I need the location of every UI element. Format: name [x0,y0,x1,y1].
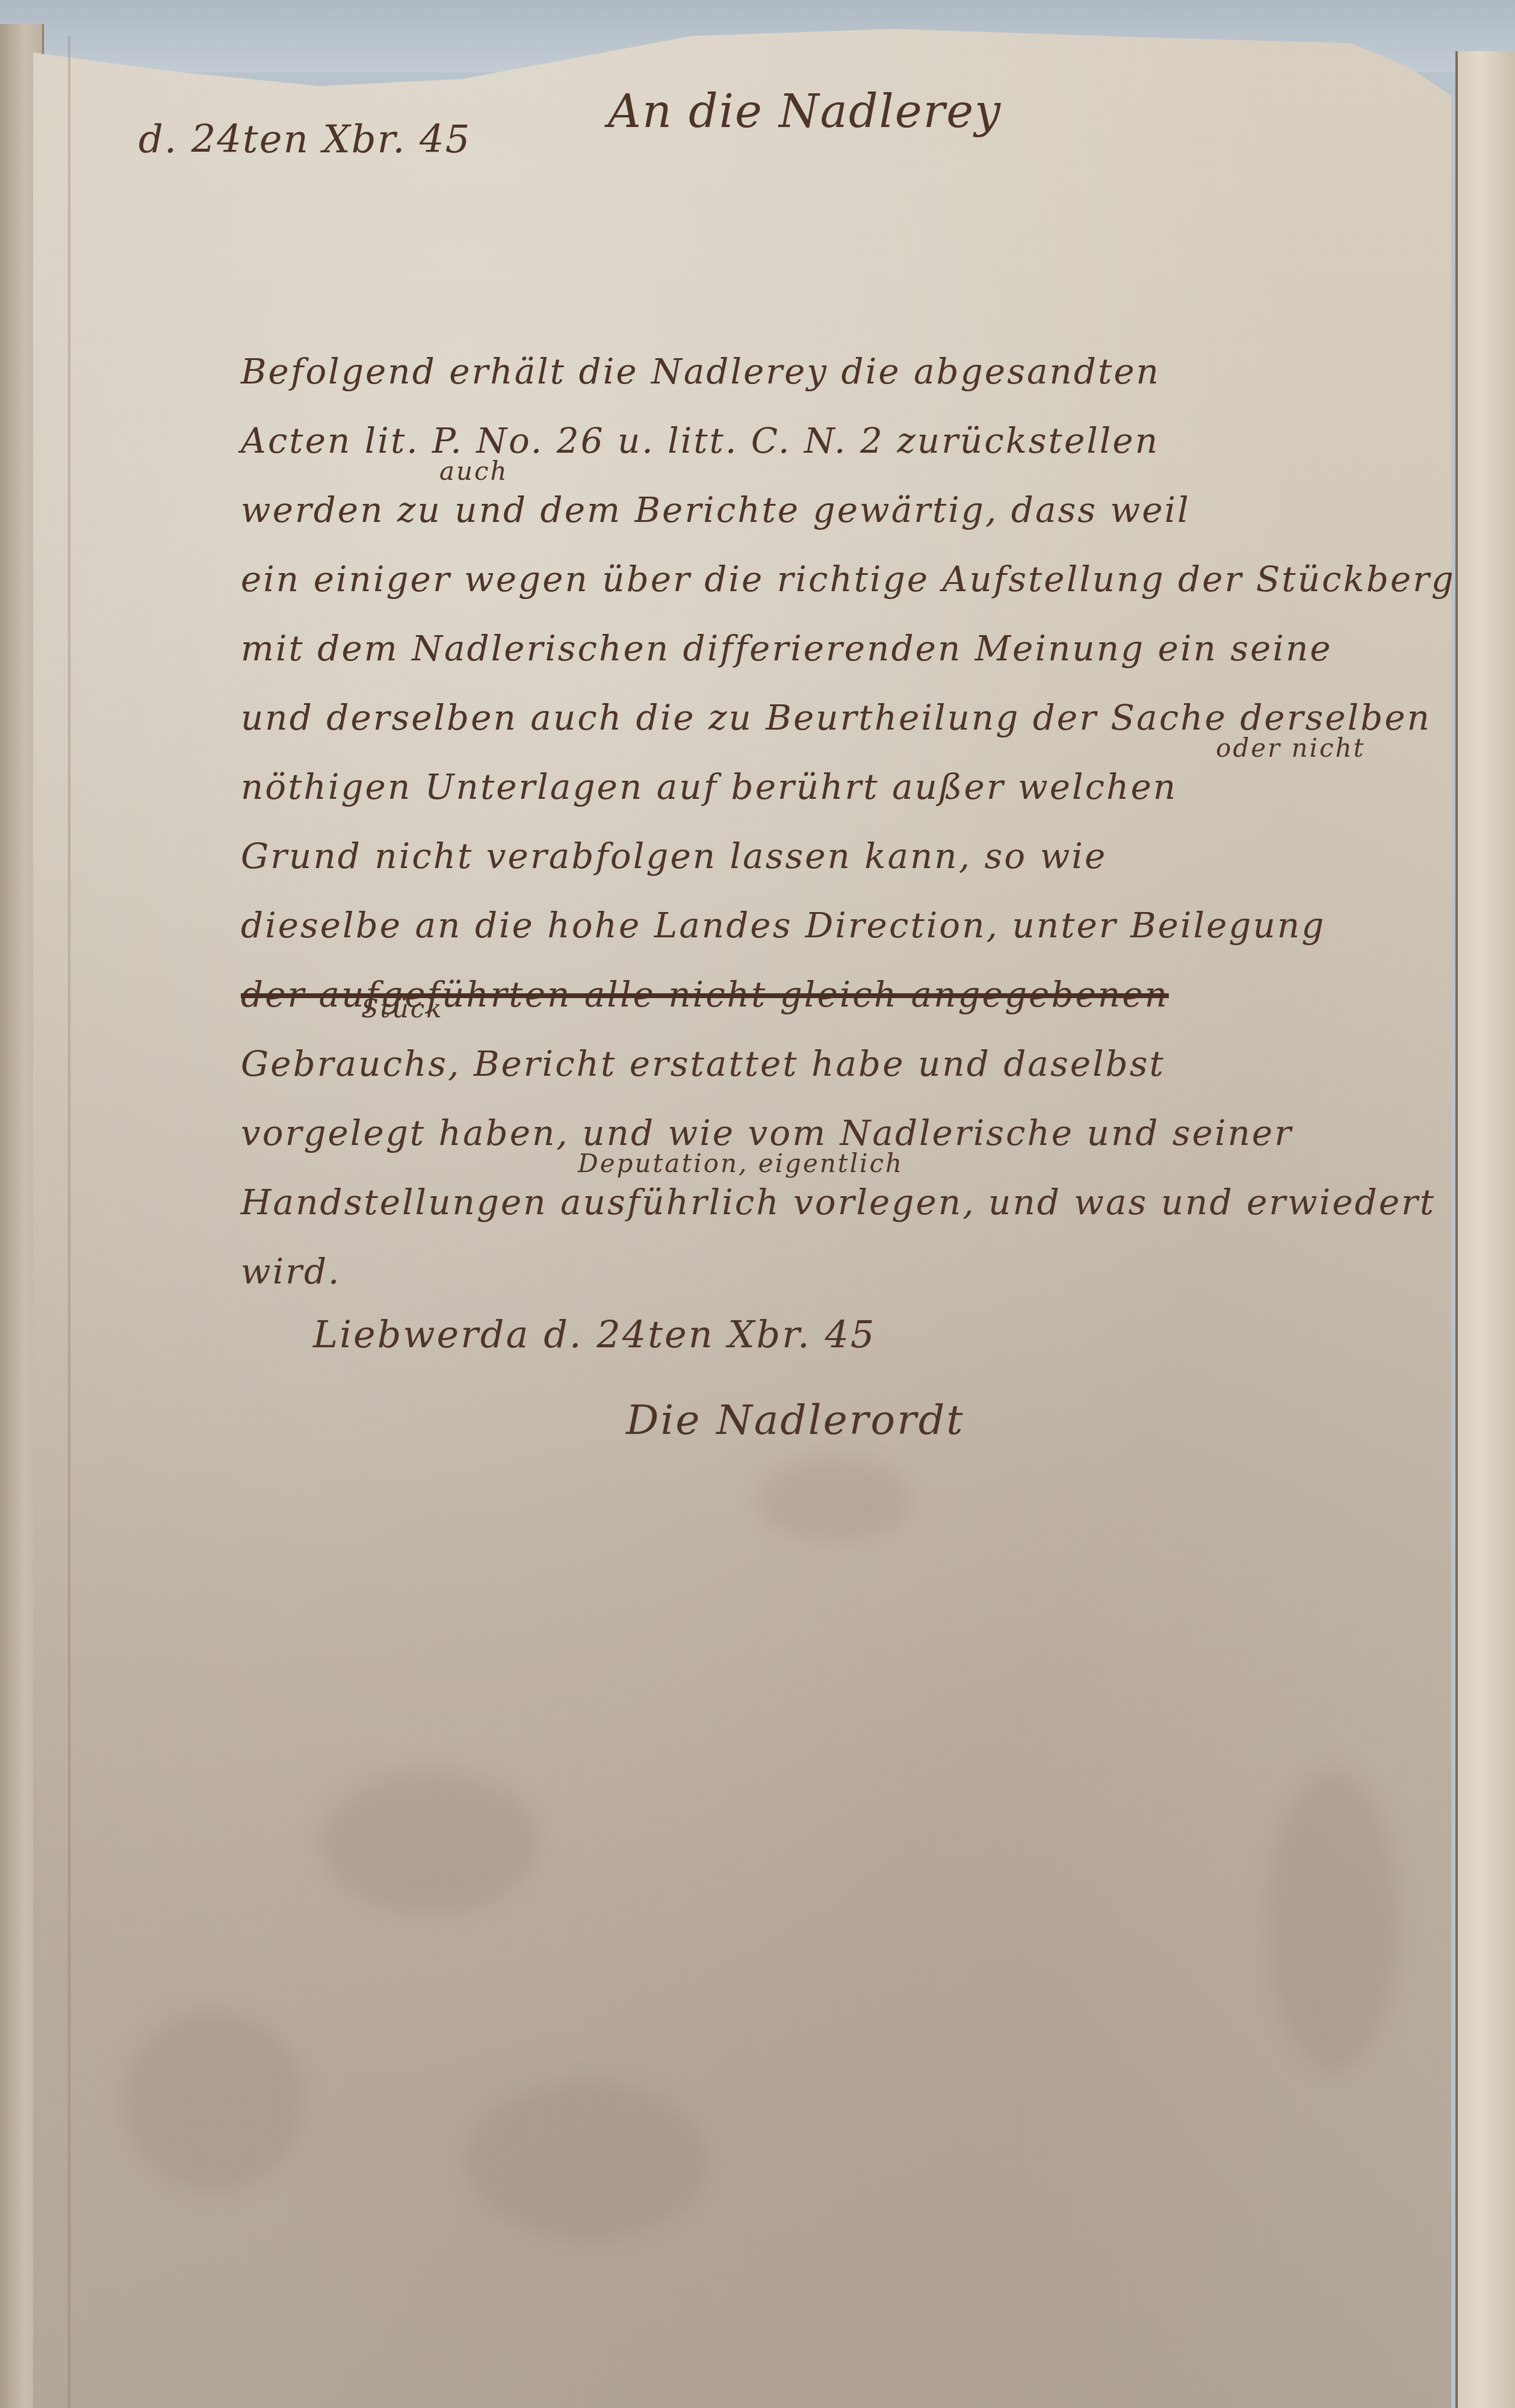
body-line-text: Gebrauchs, Bericht erstattet habe und da… [241,1043,1165,1084]
signature: Die Nadlerordt [626,1397,965,1444]
body-line-text: dieselbe an die hohe Landes Direction, u… [241,905,1325,946]
letter-body: Befolgend erhält die Nadlerey die abgesa… [241,337,1469,1306]
interlinear-insertion: oder nicht [1216,736,1365,761]
interlinear-insertion: Stück [361,996,444,1022]
body-line-text: mit dem Nadlerischen differierenden Mein… [241,628,1333,669]
body-line-text: werden zu und dem Berichte gewärtig, das… [241,489,1191,530]
body-line-text: Grund nicht verabfolgen lassen kann, so … [241,836,1107,877]
body-line: auch werden zu und dem Berichte gewärtig… [241,476,1469,545]
page-fold-line [67,36,71,2408]
body-line: Acten lit. P. No. 26 u. litt. C. N. 2 zu… [241,406,1469,476]
body-line: oder nicht nöthigen Unterlagen auf berüh… [241,752,1469,822]
paper-stain [466,2083,707,2239]
body-line-text: Acten lit. P. No. 26 u. litt. C. N. 2 zu… [241,420,1159,461]
paper-stain [755,1457,912,1541]
body-line-text: nöthigen Unterlagen auf berührt außer we… [241,766,1177,807]
body-line: Deputation, eigentlich Handstellungen au… [241,1168,1469,1237]
header-title: An die Nadlerey [608,84,1002,138]
body-line: Grund nicht verabfolgen lassen kann, so … [241,822,1469,891]
body-line-text: vorgelegt haben, und wie vom Nadlerische… [241,1112,1293,1153]
paper-stain [123,2011,304,2191]
body-line-text: ein einiger wegen über die richtige Aufs… [241,559,1455,600]
closing-place-date: Liebwerda d. 24ten Xbr. 45 [313,1312,876,1356]
header-date: d. 24ten Xbr. 45 [138,117,471,162]
body-line: ein einiger wegen über die richtige Aufs… [241,545,1469,614]
body-line: Befolgend erhält die Nadlerey die abgesa… [241,337,1469,406]
body-line-text: und derselben auch die zu Beurtheilung d… [241,697,1431,738]
body-line: Stück der aufgeführten alle nicht gleich… [241,960,1469,1029]
body-line-text: wird. [241,1251,341,1292]
paper-stain [1267,1770,1399,2071]
body-line: wird. [241,1237,1469,1306]
interlinear-insertion: Deputation, eigentlich [578,1151,903,1176]
body-line: Gebrauchs, Bericht erstattet habe und da… [241,1029,1469,1099]
paper-stain [322,1770,539,1914]
body-line: mit dem Nadlerischen differierenden Mein… [241,614,1469,683]
body-line-text: Handstellungen ausführlich vorlegen, und… [241,1182,1436,1223]
body-line-text: Befolgend erhält die Nadlerey die abgesa… [241,351,1160,392]
interlinear-insertion: auch [439,459,509,484]
body-line: dieselbe an die hohe Landes Direction, u… [241,891,1469,960]
